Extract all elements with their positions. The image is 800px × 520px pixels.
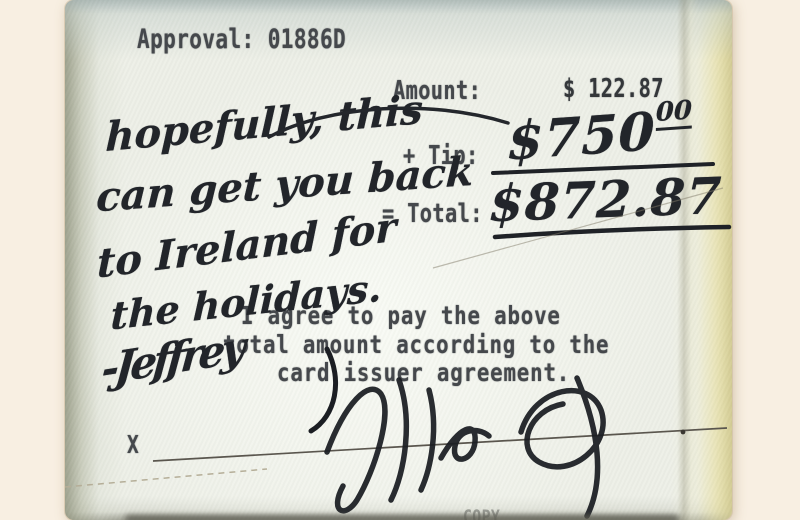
receipt-bottom-shadow <box>125 515 679 520</box>
flourish-stroke <box>269 108 508 137</box>
signoff-tail-stroke <box>311 349 336 431</box>
signature-scrawl <box>327 378 603 516</box>
signature-line-dot <box>681 430 686 435</box>
receipt-photo: Approval: 01886D Amount: $ 122.87 + Tip:… <box>65 0 732 520</box>
page-background: { "receipt": { "approval": "Approval: 01… <box>0 0 800 520</box>
crease-line <box>65 469 267 487</box>
ink-overlay <box>65 0 732 520</box>
total-underline <box>495 227 729 237</box>
tip-underline <box>493 164 713 173</box>
